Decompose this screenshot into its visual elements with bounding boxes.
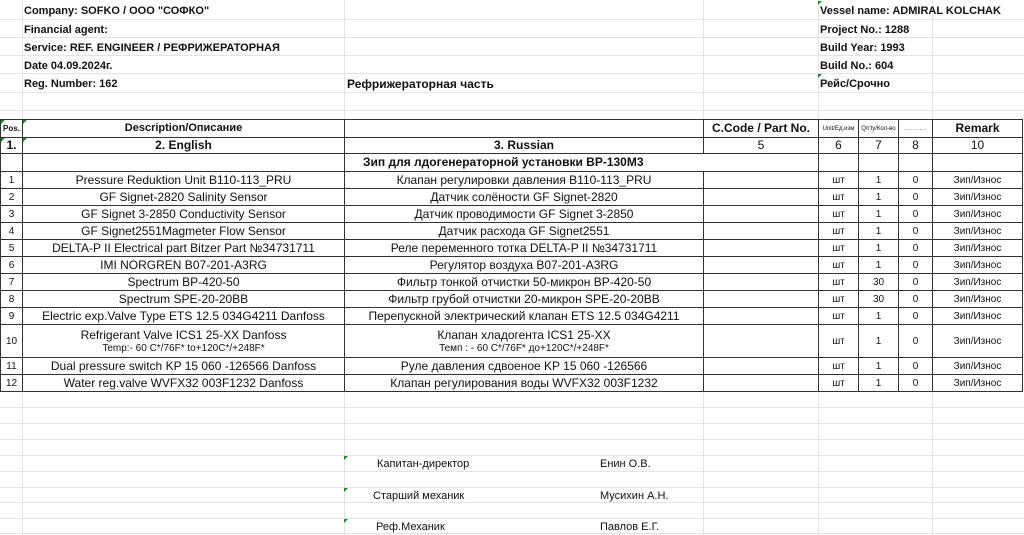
row-pos: 6 [1, 257, 23, 274]
row-qty: 1 [859, 172, 899, 189]
row-code [704, 308, 819, 325]
table-row: 1Pressure Reduktion Unit B110-113_PRUКла… [1, 172, 1023, 189]
col3-russian-header: 3. Russian [345, 138, 704, 154]
comment-marker-icon [344, 456, 348, 460]
col7-number: 7 [859, 138, 899, 154]
row-english: GF Signet 3-2850 Conductivity Sensor [23, 206, 345, 223]
table-row: 6IMI NORGREN B07-201-A3RGРегулятор возду… [1, 257, 1023, 274]
header-row-2: 1. 2. English 3. Russian 5 6 7 8 10 [1, 138, 1023, 154]
row-col8: 0 [899, 291, 933, 308]
row-qty: 1 [859, 206, 899, 223]
row-code [704, 291, 819, 308]
row-remark: Зип/Износ [933, 308, 1023, 325]
row-remark: Зип/Износ [933, 172, 1023, 189]
spare-parts-table: Pos. Description/Описание C.Code / Part … [0, 119, 1023, 392]
row-remark: Зип/Износ [933, 325, 1023, 358]
row-pos: 9 [1, 308, 23, 325]
row-russian: Реле переменного тотка DELTA-P II №34731… [345, 240, 704, 257]
description-header: Description/Описание [23, 120, 345, 138]
row-code [704, 240, 819, 257]
row-remark: Зип/Износ [933, 274, 1023, 291]
row-pos: 3 [1, 206, 23, 223]
row-pos: 10 [1, 325, 23, 358]
col1-number: 1. [1, 138, 23, 154]
date-label: Date 04.09.2024г. [24, 60, 113, 72]
row-russian: Перепускной электрический клапан ETS 12.… [345, 308, 704, 325]
row-russian: Клапан регулирования воды WVFX32 003F123… [345, 375, 704, 392]
qty-header: Qn'ty/Кол-во [861, 126, 895, 132]
row-russian: Клапан хладогента ICS1 25-XXТемп : - 60 … [345, 325, 704, 358]
row-english: Pressure Reduktion Unit B110-113_PRU [23, 172, 345, 189]
table-row: 12Water reg.valve WVFX32 003F1232 Danfos… [1, 375, 1023, 392]
row-col8: 0 [899, 325, 933, 358]
row-qty: 1 [859, 308, 899, 325]
pos-header: Pos. [1, 120, 23, 138]
row-russian: Фильтр грубой отчистки 20-микрон SPE-20-… [345, 291, 704, 308]
row-remark: Зип/Износ [933, 206, 1023, 223]
row-qty: 1 [859, 325, 899, 358]
reg-number-label: Reg. Number: 162 [24, 78, 118, 90]
remark-header: Remark [933, 120, 1023, 138]
build-no-label: Build No.: 604 [820, 60, 893, 72]
row-remark: Зип/Износ [933, 240, 1023, 257]
row-remark: Зип/Износ [933, 257, 1023, 274]
row-pos: 12 [1, 375, 23, 392]
row-pos: 8 [1, 291, 23, 308]
row-remark: Зип/Износ [933, 223, 1023, 240]
financial-agent-label: Financial agent: [24, 24, 108, 36]
project-no-label: Project No.: 1288 [820, 24, 909, 36]
col8-number: 8 [899, 138, 933, 154]
document-title: Рефрижераторная часть [347, 77, 494, 91]
row-qty: 30 [859, 291, 899, 308]
table-row: 5DELTA-P II Electrical part Bitzer Part … [1, 240, 1023, 257]
row-col8: 0 [899, 206, 933, 223]
row-remark: Зип/Износ [933, 375, 1023, 392]
row-qty: 1 [859, 223, 899, 240]
row-unit: шт [819, 274, 859, 291]
signature-role-1: Капитан-директор [377, 458, 469, 470]
row-unit: шт [819, 223, 859, 240]
service-label: Service: REF. ENGINEER / РЕФРИЖЕРАТОРНАЯ [24, 42, 280, 54]
signature-role-2: Старший механик [373, 490, 464, 502]
row-pos: 7 [1, 274, 23, 291]
row-col8: 0 [899, 375, 933, 392]
row-russian: Фильтр тонкой отчистки 50-микрон BP-420-… [345, 274, 704, 291]
row-remark: Зип/Износ [933, 189, 1023, 206]
row-russian: Датчик солёности GF Signet-2820 [345, 189, 704, 206]
row-russian: Датчик проводимости GF Signet 3-2850 [345, 206, 704, 223]
col2-english-header: 2. English [23, 138, 345, 154]
row-code [704, 325, 819, 358]
company-label: Company: SOFKO / ООО "СОФКО" [24, 5, 209, 17]
table-row: 3GF Signet 3-2850 Conductivity SensorДат… [1, 206, 1023, 223]
table-row: 4GF Signet2551Magmeter Flow SensorДатчик… [1, 223, 1023, 240]
row-col8: 0 [899, 240, 933, 257]
row-russian: Клапан регулировки давления B110-113_PRU [345, 172, 704, 189]
unit-header: Unit/Ед.изм [823, 126, 855, 132]
row-qty: 1 [859, 189, 899, 206]
row-code [704, 172, 819, 189]
row-unit: шт [819, 375, 859, 392]
row-unit: шт [819, 325, 859, 358]
comment-marker-icon [344, 488, 348, 492]
row-col8: 0 [899, 223, 933, 240]
row-pos: 11 [1, 358, 23, 375]
col10-number: 10 [933, 138, 1023, 154]
table-row: 10Refrigerant Valve ICS1 25-XX DanfossTe… [1, 325, 1023, 358]
row-english: Spectrum SPE-20-20BB [23, 291, 345, 308]
row-unit: шт [819, 240, 859, 257]
row-english: GF Signet-2820 Salinity Sensor [23, 189, 345, 206]
row-code [704, 223, 819, 240]
row-english: IMI NORGREN B07-201-A3RG [23, 257, 345, 274]
row-unit: шт [819, 291, 859, 308]
row-code [704, 358, 819, 375]
row-unit: шт [819, 308, 859, 325]
row-code [704, 257, 819, 274]
table-row: 8Spectrum SPE-20-20BBФильтр грубой отчис… [1, 291, 1023, 308]
row-russian-sub: Темп : - 60 C*/76F* до+120C*/+248F* [345, 343, 703, 355]
section-row: Зип для лдогенераторной установки ВР-130… [1, 154, 1023, 172]
row-english: Electric exp.Valve Type ETS 12.5 034G421… [23, 308, 345, 325]
trip-label: Рейс/Срочно [820, 78, 890, 90]
table-row: 11Dual pressure switch KP 15 060 -126566… [1, 358, 1023, 375]
row-english: Dual pressure switch KP 15 060 -126566 D… [23, 358, 345, 375]
row-pos: 1 [1, 172, 23, 189]
table-row: 9Electric exp.Valve Type ETS 12.5 034G42… [1, 308, 1023, 325]
row-pos: 2 [1, 189, 23, 206]
row-english-sub: Temp:- 60 C*/76F* to+120C*/+248F* [23, 343, 344, 355]
row-code [704, 375, 819, 392]
row-qty: 1 [859, 240, 899, 257]
signature-role-3: Реф.Механик [376, 521, 445, 533]
row-unit: шт [819, 206, 859, 223]
col8-header: ...... .. ...... [904, 126, 926, 132]
signature-name-1: Енин О.В. [600, 458, 651, 470]
row-col8: 0 [899, 189, 933, 206]
row-qty: 1 [859, 375, 899, 392]
row-unit: шт [819, 189, 859, 206]
row-english: Refrigerant Valve ICS1 25-XX DanfossTemp… [23, 325, 345, 358]
row-unit: шт [819, 172, 859, 189]
row-col8: 0 [899, 257, 933, 274]
comment-marker-icon [344, 519, 348, 523]
row-pos: 5 [1, 240, 23, 257]
row-code [704, 206, 819, 223]
table-row: 7Spectrum BP-420-50Фильтр тонкой отчистк… [1, 274, 1023, 291]
row-col8: 0 [899, 358, 933, 375]
row-english: DELTA-P II Electrical part Bitzer Part №… [23, 240, 345, 257]
signature-name-3: Павлов Е.Г. [600, 521, 659, 533]
row-pos: 4 [1, 223, 23, 240]
row-col8: 0 [899, 172, 933, 189]
row-english: Spectrum BP-420-50 [23, 274, 345, 291]
section-title: Зип для лдогенераторной установки ВР-130… [345, 154, 819, 172]
row-qty: 1 [859, 358, 899, 375]
row-remark: Зип/Износ [933, 358, 1023, 375]
row-col8: 0 [899, 274, 933, 291]
build-year-label: Build Year: 1993 [820, 42, 905, 54]
ccode-header: C.Code / Part No. [704, 120, 819, 138]
row-russian: Датчик расхода GF Signet2551 [345, 223, 704, 240]
row-russian: Руле давления сдвоеное KP 15 060 -126566 [345, 358, 704, 375]
row-qty: 1 [859, 257, 899, 274]
row-english: GF Signet2551Magmeter Flow Sensor [23, 223, 345, 240]
col5-number: 5 [704, 138, 819, 154]
row-unit: шт [819, 257, 859, 274]
vessel-name-label: Vessel name: ADMIRAL KOLCHAK [820, 5, 1001, 17]
row-russian: Регулятор воздуха B07-201-A3RG [345, 257, 704, 274]
row-english-main: Refrigerant Valve ICS1 25-XX Danfoss [23, 327, 344, 343]
header-row-1: Pos. Description/Описание C.Code / Part … [1, 120, 1023, 138]
row-code [704, 189, 819, 206]
row-russian-main: Клапан хладогента ICS1 25-XX [345, 327, 703, 343]
row-code [704, 274, 819, 291]
row-unit: шт [819, 358, 859, 375]
row-col8: 0 [899, 308, 933, 325]
russian-header-blank [345, 120, 704, 138]
signature-name-2: Мусихин А.Н. [600, 490, 668, 502]
row-remark: Зип/Износ [933, 291, 1023, 308]
row-qty: 30 [859, 274, 899, 291]
table-row: 2GF Signet-2820 Salinity SensorДатчик со… [1, 189, 1023, 206]
col6-number: 6 [819, 138, 859, 154]
row-english: Water reg.valve WVFX32 003F1232 Danfoss [23, 375, 345, 392]
